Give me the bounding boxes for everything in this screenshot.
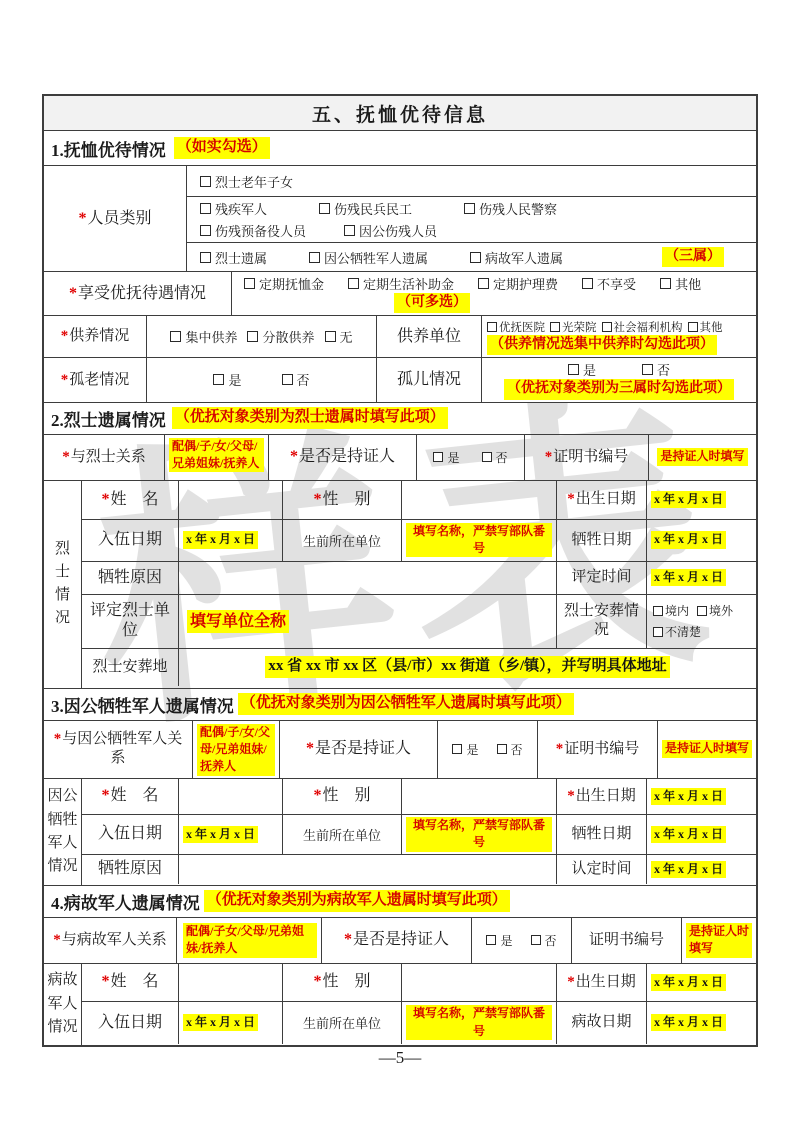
checkbox-icon: [200, 176, 211, 187]
three-dependents-note: （三属）: [662, 247, 724, 267]
checkbox-icon: [247, 331, 258, 342]
form-page: 样表 五、抚恤优待信息 1.抚恤优待情况 （如实勾选） *人员类别 烈士老年子女: [0, 0, 800, 1131]
checkbox-icon: [309, 252, 320, 263]
lonely-label: 孤老情况: [69, 372, 129, 388]
support-options-cell: 集中供养 分散供养 无: [147, 316, 377, 357]
martyr-burial-place-label-cell: 烈士安葬地: [82, 649, 179, 686]
treatment-note: （可多选）: [394, 293, 470, 313]
checkbox-option[interactable]: 否: [642, 360, 670, 379]
lonely-options-cell: 是 否: [147, 358, 377, 401]
section4-heading: 4.病故军人遗属情况 （优抚对象类别为病故军人遗属时填写此项）: [44, 886, 756, 917]
martyr-assess-time-input-cell[interactable]: x 年 x 月 x 日: [647, 562, 756, 594]
checkbox-label: 境外: [709, 602, 733, 619]
duty-death-name-label-cell: *姓 名: [82, 779, 179, 814]
checkbox-option[interactable]: 否: [482, 449, 508, 466]
required-asterisk: *: [290, 448, 298, 465]
checkbox-option[interactable]: 分散供养: [247, 327, 314, 346]
duty-death-unit-label-cell: 生前所在单位: [283, 815, 402, 854]
checkbox-label: 不清楚: [665, 623, 701, 640]
martyr-cause-label-cell: 牺牲原因: [82, 562, 179, 594]
martyr-relation-label: 与烈士关系: [71, 449, 146, 465]
checkbox-icon: [213, 374, 224, 385]
checkbox-label: 否: [545, 932, 557, 949]
required-asterisk: *: [61, 328, 69, 344]
duty-death-cause-label: 牺牲原因: [98, 859, 162, 879]
martyr-death-label: 牺牲日期: [571, 531, 631, 550]
checkbox-label: 定期抚恤金: [259, 274, 324, 293]
duty-death-gender-input-cell[interactable]: [402, 779, 557, 814]
support-unit-label-cell: 供养单位: [377, 316, 482, 357]
checkbox-option[interactable]: 其他: [688, 319, 723, 335]
person-type-row3: 烈士遗属 因公牺牲军人遗属 病故军人遗属 （三属）: [187, 243, 756, 271]
illness-death-unit-label: 生前所在单位: [303, 1013, 381, 1032]
martyr-cert-label-cell: *证明书编号: [525, 435, 649, 480]
checkbox-icon: [550, 322, 560, 332]
illness-death-holder-label-cell: *是否是持证人: [322, 918, 472, 963]
checkbox-icon: [170, 331, 181, 342]
martyr-burial-options-cell: 境内 境外 不清楚: [647, 595, 756, 648]
martyr-unit-label: 生前所在单位: [303, 531, 381, 550]
duty-death-birth-input-cell[interactable]: x 年 x 月 x 日: [647, 779, 756, 814]
duty-death-relation-label-cell: *与因公牺牲军人关系: [44, 721, 193, 778]
checkbox-label: 烈士老年子女: [215, 172, 293, 191]
duty-death-relation-hint-cell[interactable]: 配偶/子/女/父母/兄弟姐妹/抚养人: [193, 721, 280, 778]
checkbox-label: 不享受: [597, 274, 636, 293]
martyr-birth-input-cell[interactable]: x 年 x 月 x 日: [647, 481, 756, 519]
illness-death-name-input-cell[interactable]: [179, 964, 283, 1001]
section1-heading: 1.抚恤优待情况 （如实勾选）: [44, 131, 756, 165]
date-placeholder: x 年 x 月 x 日: [651, 826, 726, 843]
section3-heading-text: 3.因公牺牲军人遗属情况: [51, 692, 234, 717]
martyr-death-input-cell[interactable]: x 年 x 月 x 日: [647, 520, 756, 561]
martyr-burial-place-hint: xx 省 xx 市 xx 区（县/市）xx 街道（乡/镇），并写明具体地址: [265, 656, 669, 678]
required-asterisk: *: [101, 973, 109, 990]
person-type-label-cell: *人员类别: [44, 166, 187, 271]
checkbox-icon: [497, 744, 507, 754]
checkbox-option[interactable]: 无: [325, 327, 353, 346]
duty-death-holder-options-cell: 是 否: [438, 721, 538, 778]
checkbox-icon: [452, 744, 462, 754]
duty-death-death-label: 牺牲日期: [571, 825, 631, 844]
duty-death-unit-input-cell[interactable]: 填写名称，严禁写部队番号: [402, 815, 557, 854]
checkbox-label: 否: [297, 370, 310, 389]
checkbox-icon: [319, 203, 330, 214]
orphan-note: （优抚对象类别为三属时勾选此项）: [504, 379, 734, 399]
illness-death-gender-label: 性 别: [322, 973, 370, 990]
martyr-name-label-cell: *姓 名: [82, 481, 179, 519]
section1-heading-note: （如实勾选）: [174, 137, 270, 159]
section4-heading-text: 4.病故军人遗属情况: [51, 889, 200, 914]
checkbox-option[interactable]: 定期生活补助金: [348, 274, 454, 293]
illness-death-enlist-label: 入伍日期: [98, 1013, 162, 1033]
required-asterisk: *: [306, 740, 314, 757]
required-asterisk: *: [78, 210, 86, 227]
checkbox-label: 因公牺牲军人遗属: [324, 248, 428, 267]
section2-heading-note: （优抚对象类别为烈士遗属时填写此项）: [172, 407, 448, 429]
martyr-gender-label: 性 别: [322, 491, 370, 508]
checkbox-icon: [531, 935, 541, 945]
checkbox-icon: [697, 606, 707, 616]
duty-death-relation-hint: 配偶/子/女/父母/兄弟姐妹/抚养人: [197, 724, 275, 776]
required-asterisk: *: [101, 491, 109, 508]
section1-heading-text: 1.抚恤优待情况: [51, 136, 166, 161]
checkbox-icon: [344, 225, 355, 236]
checkbox-option[interactable]: 烈士遗属: [200, 248, 267, 267]
duty-death-info-vertical-label-cell: 因公牺牲军人情况: [44, 779, 82, 885]
checkbox-icon: [486, 935, 496, 945]
duty-death-cert-hint: 是持证人时填写: [662, 740, 752, 757]
martyr-assess-unit-label: 评定烈士单位: [86, 601, 174, 641]
required-asterisk: *: [567, 788, 575, 804]
martyr-unit-input-cell[interactable]: 填写名称，严禁写部队番号: [402, 520, 557, 561]
duty-death-birth-label: 出生日期: [576, 788, 636, 804]
duty-death-enlist-label-cell: 入伍日期: [82, 815, 179, 854]
section3-heading-note: （优抚对象类别为因公牺牲军人遗属时填写此项）: [238, 693, 574, 715]
martyr-birth-label: 出生日期: [576, 491, 636, 507]
martyr-info-vertical-label: 烈士情况: [54, 538, 71, 631]
duty-death-cause-label-cell: 牺牲原因: [82, 855, 179, 884]
required-asterisk: *: [313, 973, 321, 990]
checkbox-label: 伤残人民警察: [479, 199, 557, 218]
duty-death-unit-label: 生前所在单位: [303, 825, 381, 844]
martyr-burial-label: 烈士安葬情况: [561, 602, 642, 640]
required-asterisk: *: [69, 285, 77, 302]
orphan-label-cell: 孤儿情况: [377, 358, 482, 401]
illness-death-unit-label-cell: 生前所在单位: [283, 1002, 402, 1044]
checkbox-label: 否: [511, 741, 523, 758]
section2-heading-text: 2.烈士遗属情况: [51, 406, 166, 431]
checkbox-label: 是: [466, 741, 478, 758]
checkbox-label: 伤残预备役人员: [215, 221, 306, 240]
checkbox-option[interactable]: 其他: [660, 274, 701, 293]
checkbox-icon: [653, 606, 663, 616]
checkbox-option[interactable]: 光荣院: [550, 319, 597, 335]
treatment-label: 享受优抚待遇情况: [78, 285, 206, 302]
checkbox-option[interactable]: 否: [497, 741, 523, 758]
illness-death-relation-hint: 配偶/子女/父母/兄弟姐妹/抚养人: [183, 923, 317, 958]
date-placeholder: x 年 x 月 x 日: [183, 1014, 258, 1031]
illness-death-unit-hint: 填写名称，严禁写部队番号: [406, 1005, 552, 1040]
illness-death-death-label: 病故日期: [571, 1013, 631, 1032]
date-placeholder: x 年 x 月 x 日: [651, 491, 726, 508]
duty-death-enlist-input-cell[interactable]: x 年 x 月 x 日: [179, 815, 283, 854]
martyr-unit-label-cell: 生前所在单位: [283, 520, 402, 561]
illness-death-birth-input-cell[interactable]: x 年 x 月 x 日: [647, 964, 756, 1001]
required-asterisk: *: [567, 974, 575, 990]
benefits-form-table: 五、抚恤优待信息 1.抚恤优待情况 （如实勾选） *人员类别 烈士老年子女: [42, 94, 758, 1047]
checkbox-option[interactable]: 病故军人遗属: [470, 248, 563, 267]
illness-death-relation-label: 与病故军人关系: [62, 932, 167, 948]
illness-death-name-label: 姓 名: [110, 973, 158, 990]
checkbox-icon: [482, 452, 492, 462]
checkbox-option[interactable]: 伤残预备役人员: [200, 221, 306, 240]
checkbox-option[interactable]: 是: [213, 370, 241, 389]
martyr-cause-label: 牺牲原因: [98, 568, 162, 588]
martyr-unit-hint: 填写名称，严禁写部队番号: [406, 523, 552, 558]
martyr-assess-time-label-cell: 评定时间: [557, 562, 647, 594]
duty-death-cert-label: 证明书编号: [564, 741, 639, 757]
checkbox-label: 伤残民兵民工: [334, 199, 412, 218]
duty-death-cert-label-cell: *证明书编号: [538, 721, 658, 778]
illness-death-birth-label-cell: *出生日期: [557, 964, 647, 1001]
required-asterisk: *: [54, 731, 62, 747]
person-type-label: 人员类别: [87, 210, 151, 227]
checkbox-label: 社会福利机构: [614, 319, 683, 335]
required-asterisk: *: [101, 787, 109, 804]
checkbox-label: 其他: [700, 319, 723, 335]
checkbox-option[interactable]: 是: [452, 741, 478, 758]
checkbox-label: 烈士遗属: [215, 248, 267, 267]
martyr-name-input-cell[interactable]: [179, 481, 283, 519]
checkbox-label: 光荣院: [562, 319, 597, 335]
checkbox-icon: [660, 278, 671, 289]
illness-death-info-vertical-label: 病故军人情况: [46, 969, 80, 1039]
required-asterisk: *: [567, 491, 575, 507]
checkbox-icon: [200, 225, 211, 236]
checkbox-label: 分散供养: [262, 327, 314, 346]
martyr-enlist-label: 入伍日期: [98, 530, 162, 550]
martyr-assess-unit-hint: 填写单位全称: [187, 610, 289, 633]
support-label: 供养情况: [69, 328, 129, 344]
checkbox-option[interactable]: 集中供养: [170, 327, 237, 346]
checkbox-icon: [568, 364, 579, 375]
checkbox-icon: [470, 252, 481, 263]
martyr-assess-unit-input-cell[interactable]: 填写单位全称: [179, 595, 557, 648]
date-placeholder: x 年 x 月 x 日: [651, 974, 726, 991]
checkbox-option[interactable]: 是: [433, 449, 459, 466]
orphan-options-cell: 是 否 （优抚对象类别为三属时勾选此项）: [482, 358, 756, 401]
martyr-relation-hint: 配偶/子/女/父母/兄弟姐妹/抚养人: [169, 438, 264, 473]
checkbox-icon: [653, 627, 663, 637]
checkbox-option[interactable]: 定期护理费: [478, 274, 558, 293]
checkbox-icon: [433, 452, 443, 462]
duty-death-gender-label: 性 别: [322, 787, 370, 804]
checkbox-icon: [464, 203, 475, 214]
checkbox-icon: [200, 203, 211, 214]
date-placeholder: x 年 x 月 x 日: [651, 1014, 726, 1031]
martyr-assess-time-label: 评定时间: [571, 568, 631, 587]
checkbox-label: 否: [657, 360, 670, 379]
illness-death-relation-hint-cell[interactable]: 配偶/子女/父母/兄弟姐妹/抚养人: [177, 918, 322, 963]
illness-death-birth-label: 出生日期: [576, 974, 636, 990]
martyr-holder-label: 是否是持证人: [299, 448, 395, 465]
checkbox-label: 因公伤残人员: [359, 221, 437, 240]
checkbox-label: 是: [447, 449, 459, 466]
checkbox-option[interactable]: 境外: [697, 602, 733, 619]
duty-death-confirm-time-input-cell[interactable]: x 年 x 月 x 日: [647, 855, 756, 884]
checkbox-icon: [478, 278, 489, 289]
checkbox-icon: [348, 278, 359, 289]
duty-death-unit-hint: 填写名称，严禁写部队番号: [406, 817, 552, 852]
checkbox-option[interactable]: 定期抚恤金: [244, 274, 324, 293]
checkbox-label: 优抚医院: [499, 319, 545, 335]
date-placeholder: x 年 x 月 x 日: [651, 531, 726, 548]
required-asterisk: *: [313, 491, 321, 508]
illness-death-cert-hint: 是持证人时填写: [686, 923, 752, 958]
checkbox-icon: [282, 374, 293, 385]
martyr-gender-input-cell[interactable]: [402, 481, 557, 519]
duty-death-info-vertical-label: 因公牺牲军人情况: [46, 785, 80, 878]
checkbox-icon: [200, 252, 211, 263]
illness-death-cert-input-cell[interactable]: 是持证人时填写: [682, 918, 756, 963]
duty-death-death-label-cell: 牺牲日期: [557, 815, 647, 854]
checkbox-option[interactable]: 烈士老年子女: [200, 172, 293, 191]
martyr-assess-unit-label-cell: 评定烈士单位: [82, 595, 179, 648]
checkbox-label: 是: [228, 370, 241, 389]
support-label-cell: *供养情况: [44, 316, 147, 357]
checkbox-option[interactable]: 残疾军人: [200, 199, 267, 218]
illness-death-gender-label-cell: *性 别: [283, 964, 402, 1001]
martyr-enlist-label-cell: 入伍日期: [82, 520, 179, 561]
martyr-burial-place-input-cell[interactable]: xx 省 xx 市 xx 区（县/市）xx 街道（乡/镇），并写明具体地址: [179, 649, 756, 686]
checkbox-label: 定期生活补助金: [363, 274, 454, 293]
required-asterisk: *: [53, 932, 61, 948]
illness-death-holder-label: 是否是持证人: [353, 931, 449, 948]
illness-death-death-label-cell: 病故日期: [557, 1002, 647, 1044]
martyr-info-vertical-label-cell: 烈士情况: [44, 481, 82, 688]
illness-death-relation-label-cell: *与病故军人关系: [44, 918, 177, 963]
checkbox-option[interactable]: 伤残人民警察: [464, 199, 557, 218]
martyr-holder-options-cell: 是 否: [417, 435, 525, 480]
martyr-relation-hint-cell[interactable]: 配偶/子/女/父母/兄弟姐妹/抚养人: [165, 435, 269, 480]
duty-death-name-label: 姓 名: [110, 787, 158, 804]
checkbox-label: 定期护理费: [493, 274, 558, 293]
martyr-death-label-cell: 牺牲日期: [557, 520, 647, 561]
martyr-birth-label-cell: *出生日期: [557, 481, 647, 519]
martyr-cert-hint: 是持证人时填写: [657, 448, 747, 465]
illness-death-name-label-cell: *姓 名: [82, 964, 179, 1001]
required-asterisk: *: [556, 741, 564, 757]
section3-heading: 3.因公牺牲军人遗属情况 （优抚对象类别为因公牺牲军人遗属时填写此项）: [44, 689, 756, 720]
checkbox-option[interactable]: 否: [282, 370, 310, 389]
checkbox-icon: [582, 278, 593, 289]
page-number: —5—: [0, 1048, 800, 1068]
duty-death-relation-label: 与因公牺牲军人关系: [62, 731, 182, 766]
duty-death-confirm-time-label-cell: 认定时间: [557, 855, 647, 884]
checkbox-option[interactable]: 是: [568, 360, 596, 379]
date-placeholder: x 年 x 月 x 日: [651, 788, 726, 805]
illness-death-death-input-cell[interactable]: x 年 x 月 x 日: [647, 1002, 756, 1044]
illness-death-gender-input-cell[interactable]: [402, 964, 557, 1001]
checkbox-icon: [602, 322, 612, 332]
treatment-options-cell: 定期抚恤金 定期生活补助金 定期护理费 不享受 其他 （可多选）: [232, 272, 756, 315]
date-placeholder: x 年 x 月 x 日: [651, 861, 726, 878]
checkbox-option[interactable]: 优抚医院: [487, 319, 545, 335]
checkbox-icon: [688, 322, 698, 332]
date-placeholder: x 年 x 月 x 日: [183, 826, 258, 843]
required-asterisk: *: [62, 449, 70, 465]
duty-death-cert-input-cell[interactable]: 是持证人时填写: [658, 721, 756, 778]
required-asterisk: *: [313, 787, 321, 804]
form-title: 五、抚恤优待信息: [44, 96, 756, 130]
checkbox-option[interactable]: 是: [486, 932, 512, 949]
martyr-cert-label: 证明书编号: [553, 449, 628, 465]
treatment-label-cell: *享受优抚待遇情况: [44, 272, 232, 315]
checkbox-label: 无: [340, 327, 353, 346]
checkbox-label: 是: [583, 360, 596, 379]
duty-death-gender-label-cell: *性 别: [283, 779, 402, 814]
checkbox-option[interactable]: 社会福利机构: [602, 319, 683, 335]
checkbox-label: 境内: [665, 602, 689, 619]
checkbox-option[interactable]: 伤残民兵民工: [319, 199, 412, 218]
required-asterisk: *: [344, 931, 352, 948]
duty-death-name-input-cell[interactable]: [179, 779, 283, 814]
duty-death-death-input-cell[interactable]: x 年 x 月 x 日: [647, 815, 756, 854]
person-type-row2: 残疾军人 伤残民兵民工 伤残人民警察 伤残预备役人员 因公伤残人员: [187, 197, 756, 242]
checkbox-label: 病故军人遗属: [485, 248, 563, 267]
illness-death-holder-options-cell: 是 否: [472, 918, 572, 963]
martyr-enlist-input-cell[interactable]: x 年 x 月 x 日: [179, 520, 283, 561]
martyr-cause-input-cell[interactable]: [179, 562, 557, 594]
date-placeholder: x 年 x 月 x 日: [183, 531, 258, 548]
checkbox-option[interactable]: 不清楚: [653, 623, 701, 640]
date-placeholder: x 年 x 月 x 日: [651, 569, 726, 586]
support-unit-note: （供养情况选集中供养时勾选此项）: [487, 335, 717, 355]
checkbox-option[interactable]: 否: [531, 932, 557, 949]
duty-death-birth-label-cell: *出生日期: [557, 779, 647, 814]
illness-death-cert-label: 证明书编号: [589, 931, 664, 950]
illness-death-unit-input-cell[interactable]: 填写名称，严禁写部队番号: [402, 1002, 557, 1044]
duty-death-enlist-label: 入伍日期: [98, 824, 162, 844]
martyr-burial-label-cell: 烈士安葬情况: [557, 595, 647, 648]
orphan-label: 孤儿情况: [397, 370, 461, 390]
checkbox-icon: [642, 364, 653, 375]
illness-death-enlist-input-cell[interactable]: x 年 x 月 x 日: [179, 1002, 283, 1044]
section2-heading: 2.烈士遗属情况 （优抚对象类别为烈士遗属时填写此项）: [44, 403, 756, 434]
martyr-burial-place-label: 烈士安葬地: [92, 658, 167, 677]
checkbox-label: 其他: [675, 274, 701, 293]
support-unit-options-cell: 优抚医院 光荣院 社会福利机构 其他 （供养情况选集中供养时勾选此项）: [482, 316, 756, 357]
support-unit-label: 供养单位: [397, 327, 461, 347]
checkbox-icon: [244, 278, 255, 289]
duty-death-holder-label-cell: *是否是持证人: [280, 721, 438, 778]
checkbox-icon: [487, 322, 497, 332]
checkbox-label: 是: [500, 932, 512, 949]
lonely-label-cell: *孤老情况: [44, 358, 147, 401]
required-asterisk: *: [545, 449, 553, 465]
duty-death-confirm-time-label: 认定时间: [571, 860, 631, 879]
checkbox-label: 否: [496, 449, 508, 466]
checkbox-label: 残疾军人: [215, 199, 267, 218]
martyr-cert-input-cell[interactable]: 是持证人时填写: [649, 435, 756, 480]
required-asterisk: *: [61, 372, 69, 388]
illness-death-info-vertical-label-cell: 病故军人情况: [44, 964, 82, 1045]
duty-death-holder-label: 是否是持证人: [315, 740, 411, 757]
checkbox-icon: [325, 331, 336, 342]
checkbox-label: 集中供养: [185, 327, 237, 346]
martyr-gender-label-cell: *性 别: [283, 481, 402, 519]
checkbox-option[interactable]: 境内: [653, 602, 689, 619]
illness-death-enlist-label-cell: 入伍日期: [82, 1002, 179, 1044]
checkbox-option[interactable]: 因公伤残人员: [344, 221, 437, 240]
checkbox-option[interactable]: 不享受: [582, 274, 636, 293]
martyr-name-label: 姓 名: [110, 491, 158, 508]
martyr-holder-label-cell: *是否是持证人: [269, 435, 417, 480]
section4-heading-note: （优抚对象类别为病故军人遗属时填写此项）: [204, 890, 510, 912]
duty-death-cause-input-cell[interactable]: [179, 855, 557, 884]
martyr-relation-label-cell: *与烈士关系: [44, 435, 165, 480]
checkbox-option[interactable]: 因公牺牲军人遗属: [309, 248, 428, 267]
illness-death-cert-label-cell: 证明书编号: [572, 918, 682, 963]
person-type-row1: 烈士老年子女: [187, 166, 756, 196]
